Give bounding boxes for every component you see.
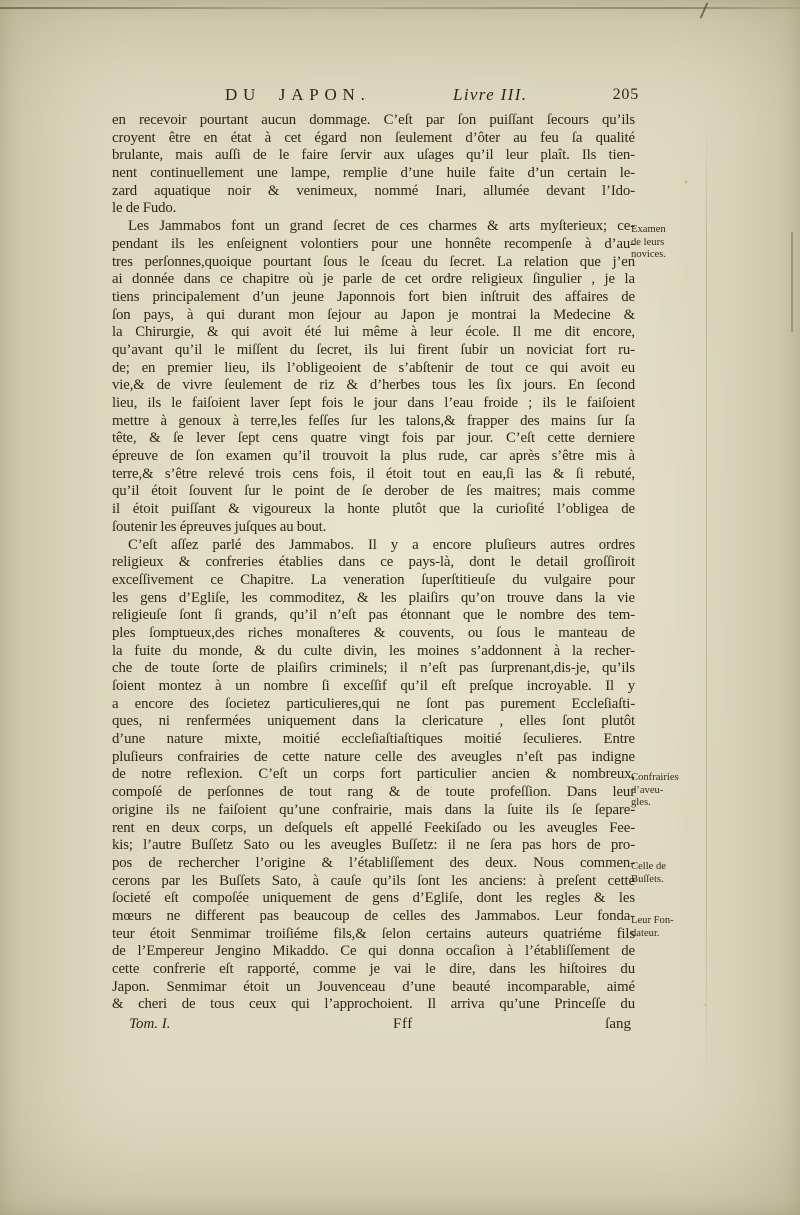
body-line: de notre reflexion. C’eſt un corps fort … — [112, 766, 635, 784]
body-line: kis; l’autre Buſſetz Sato ou les aveugle… — [112, 837, 635, 855]
book-section: Livre III. — [453, 85, 527, 105]
body-line: il étoit puiſſant & vigoureux la honte p… — [112, 501, 635, 519]
signature-mark: Fff — [393, 1016, 413, 1033]
margin-note-line: Buſſets. — [631, 874, 719, 887]
body-line: teur étoit Senmimar troiſiéme fils,& ſel… — [112, 926, 635, 944]
margin-note-line: d’aveu- — [631, 785, 719, 798]
body-line: cerons par les Buſſets Sato, à cauſe qu’… — [112, 873, 635, 891]
body-line: qu’il étoit ſouvent ſur le point de ſe d… — [112, 483, 635, 501]
body-line: pluſieurs confrairies de cette nature ce… — [112, 749, 635, 767]
body-line: ſon pays, à qui durant mon ſejour au Jap… — [112, 307, 635, 325]
body-line: de l’Empereur Jengino Mikaddo. Ce qui do… — [112, 943, 635, 961]
body-line: a encore des ſocietez particulieres,qui … — [112, 696, 635, 714]
body-line: exceſſivement ce Chapitre. La veneration… — [112, 572, 635, 590]
body-line: pendant ils les enſeignent volontiers po… — [112, 236, 635, 254]
body-line: ai donnée dans ce chapitre où je parle d… — [112, 271, 635, 289]
margin-note: Examende leursnovices. — [631, 224, 719, 262]
margin-note: Leur Fon-dateur. — [631, 915, 719, 940]
body-line: origine ils ne faiſoient qu’une confrair… — [112, 802, 635, 820]
body-line: croyent être en état à cet égard non ſeu… — [112, 130, 635, 148]
body-line: les gens d’Egliſe, les commoditez, & les… — [112, 590, 635, 608]
book-page-scan: DU JAPON. Livre III. 205 en recevoir pou… — [0, 0, 800, 1215]
running-header: DU JAPON. Livre III. 205 — [112, 85, 635, 109]
body-line: qu’avant qu’il le miſſent du ſecret, ils… — [112, 342, 635, 360]
body-line: tête, & ſe lever ſept cens quatre vingt … — [112, 430, 635, 448]
margin-note-line: novices. — [631, 249, 719, 262]
body-text-block: en recevoir pourtant aucun dommage. C’eſ… — [112, 112, 635, 1014]
body-line: la Chirurgie, & qui avoit été lui même à… — [112, 324, 635, 342]
body-line: lieu, ils le faiſoient laver ſept fois l… — [112, 395, 635, 413]
scan-slash-mark — [700, 2, 709, 18]
body-line: zard aquatique noir & venimeux, nommé In… — [112, 183, 635, 201]
body-line: religieuſe ſont ſi grands, qu’il n’eſt p… — [112, 607, 635, 625]
body-line: Japon. Senmimar étoit un Jouvenceau d’un… — [112, 979, 635, 997]
book-title: DU JAPON. — [225, 85, 371, 105]
margin-note-line: gles. — [631, 797, 719, 810]
body-line: de; en premier lieu, ils l’obligeoient d… — [112, 360, 635, 378]
body-line: mœurs ne different pas beaucoup de celle… — [112, 908, 635, 926]
body-line: Les Jammabos font un grand ſecret de ces… — [112, 218, 635, 236]
body-line: la fuite du monde, & du culte divin, les… — [112, 643, 635, 661]
body-line: che de toute ſorte de plaiſirs criminels… — [112, 660, 635, 678]
body-line: le de Fudo. — [112, 200, 635, 218]
body-line: rent en deux corps, un deſquels eſt appe… — [112, 820, 635, 838]
margin-note: Celle deBuſſets. — [631, 861, 719, 886]
body-line: épreuve de ſon examen qu’il trouvoit la … — [112, 448, 635, 466]
tome-label: Tom. I. — [129, 1016, 171, 1033]
body-line: ples ſomptueux,des riches monaſteres & c… — [112, 625, 635, 643]
body-line: pos de rechercher l’origine & l’établiſſ… — [112, 855, 635, 873]
margin-note-line: Confrairies — [631, 772, 719, 785]
body-line: cette confrerie eſt rapporté, comme je v… — [112, 961, 635, 979]
margin-note-line: de leurs — [631, 237, 719, 250]
body-line: compoſé de perſonnes de tout rang & de t… — [112, 784, 635, 802]
body-line: ſoutenir les épreuves juſques au bout. — [112, 519, 635, 537]
margin-note-line: Leur Fon- — [631, 915, 719, 928]
margin-note-line: Examen — [631, 224, 719, 237]
scan-edge-tick — [791, 232, 793, 332]
body-line: nent continuellement une lampe, remplie … — [112, 165, 635, 183]
margin-note: Confrairiesd’aveu-gles. — [631, 772, 719, 810]
body-line: ques, ni renfermées uniquement dans la c… — [112, 713, 635, 731]
body-line: d’une nature mixte, moitié eccleſiaſtiaſ… — [112, 731, 635, 749]
scan-edge-line — [0, 7, 800, 9]
body-line: tiens principalement d’un jeune Japonnoi… — [112, 289, 635, 307]
body-line: ſocieté eſt compoſée uniquement de gens … — [112, 890, 635, 908]
body-line: & cheri de tous ceux qui l’approchoient.… — [112, 996, 635, 1014]
body-line: en recevoir pourtant aucun dommage. C’eſ… — [112, 112, 635, 130]
body-line: mettre à genoux à terre,les feſſes ſur l… — [112, 413, 635, 431]
body-line: religieux & confreries établies dans ce … — [112, 554, 635, 572]
body-line: brulante, mais auſſi de le faire ſervir … — [112, 147, 635, 165]
catchword: ſang — [605, 1016, 631, 1033]
body-line: vie,& de vivre ſeulement de riz & d’herb… — [112, 377, 635, 395]
margin-note-line: Celle de — [631, 861, 719, 874]
body-line: terre,& s’être relevé trois cens fois, i… — [112, 466, 635, 484]
page-fold-line — [706, 120, 707, 1100]
body-line: C’eſt aſſez parlé des Jammabos. Il y a e… — [112, 537, 635, 555]
body-line: ſoient montez à un nombre ſi exceſſif qu… — [112, 678, 635, 696]
body-line: tres perſonnes,quoique pourtant ſous le … — [112, 254, 635, 272]
page-number: 205 — [613, 86, 639, 104]
margin-note-line: dateur. — [631, 928, 719, 941]
page-footer: Tom. I. Fff ſang — [112, 1016, 635, 1038]
